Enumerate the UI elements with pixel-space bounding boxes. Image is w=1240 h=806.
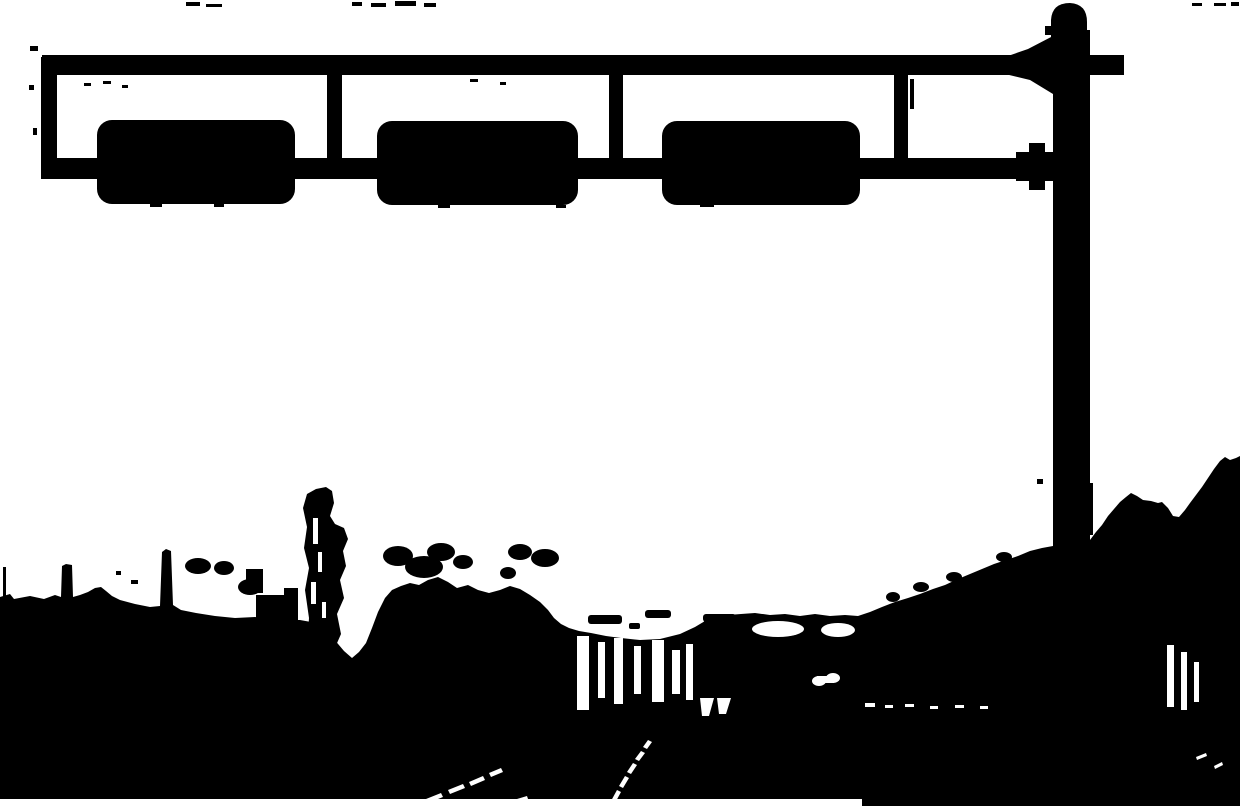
binarized-street-photo [0,0,1240,806]
trunk-streak [1167,645,1174,707]
chimney-slit [313,518,318,544]
gantry-top-chord [42,55,1124,75]
canopy-gap [821,623,855,637]
speck [352,2,362,6]
speck [438,205,450,208]
speck [84,83,91,86]
truss-strut [894,73,908,161]
bracket-tab-bottom [1029,180,1045,190]
building-window-streak [614,638,623,704]
speck [30,46,38,51]
truss-strut [609,73,623,161]
gantry-left-end-post [41,57,57,179]
speck [424,3,436,7]
roof-dash [629,623,640,629]
mast-pole [1053,30,1090,650]
tree-blob [238,579,262,595]
speck [395,1,416,6]
building-window-streak [577,636,589,710]
signal-head-1 [97,120,295,204]
speck [470,79,478,82]
speck [122,85,128,88]
building-window-streak [634,646,641,694]
speck [29,85,34,90]
tree-blob [427,543,455,561]
bracket-body [1016,152,1053,181]
speck [1192,3,1202,6]
building-window-streak [672,650,680,694]
light-blob [817,676,834,683]
pole-band [1088,483,1093,535]
tree-blob [214,561,234,575]
speck [500,82,506,85]
far-left-post [3,567,6,598]
tree-blob [531,549,559,567]
speck [150,203,162,207]
roof-dash [645,610,671,618]
tree-blob [185,558,211,574]
trunk-streak [1194,662,1199,702]
speck [116,571,121,575]
speck [1037,479,1043,484]
trunk-streak [1181,652,1187,710]
chimney-slit [311,582,316,604]
signal-head-2 [377,121,578,205]
hanging-wire-mark [910,79,914,109]
speck [103,81,111,84]
roof-dash [588,615,622,624]
speck [131,580,138,584]
tree-blob [508,544,532,560]
speck [33,128,37,135]
signal-head-3 [662,121,860,205]
building-window-streak [598,642,605,698]
canopy-gap [752,621,804,637]
roof-dash [703,614,736,622]
pole-cap-shoulder [1045,26,1052,35]
tree-blob [453,555,473,569]
speck [980,706,988,709]
canopy-bump [996,552,1012,562]
speck [371,3,386,7]
speck [214,204,224,207]
truss-strut [327,73,342,161]
speck [905,704,914,707]
canopy-bump [886,592,900,602]
bottom-edge-strip [0,799,862,806]
speck [885,705,893,708]
bracket-tab-top [1029,143,1045,153]
speck [206,4,222,7]
speck [955,705,964,708]
speck [930,706,938,709]
scene-canvas [0,0,1240,806]
pole-cap [1051,3,1087,48]
canopy-bump [946,572,962,582]
building-window-streak [686,644,693,700]
speck [556,205,566,208]
chimney-slit [322,602,326,618]
chimney-slit [318,552,322,572]
speck [186,2,200,6]
speck [1214,3,1226,6]
speck [700,204,714,207]
canopy-bump [913,582,929,592]
tree-blob [500,567,516,579]
speck [1231,2,1239,6]
building-window-streak [652,640,664,702]
speck [865,703,875,707]
building-block [284,588,298,620]
